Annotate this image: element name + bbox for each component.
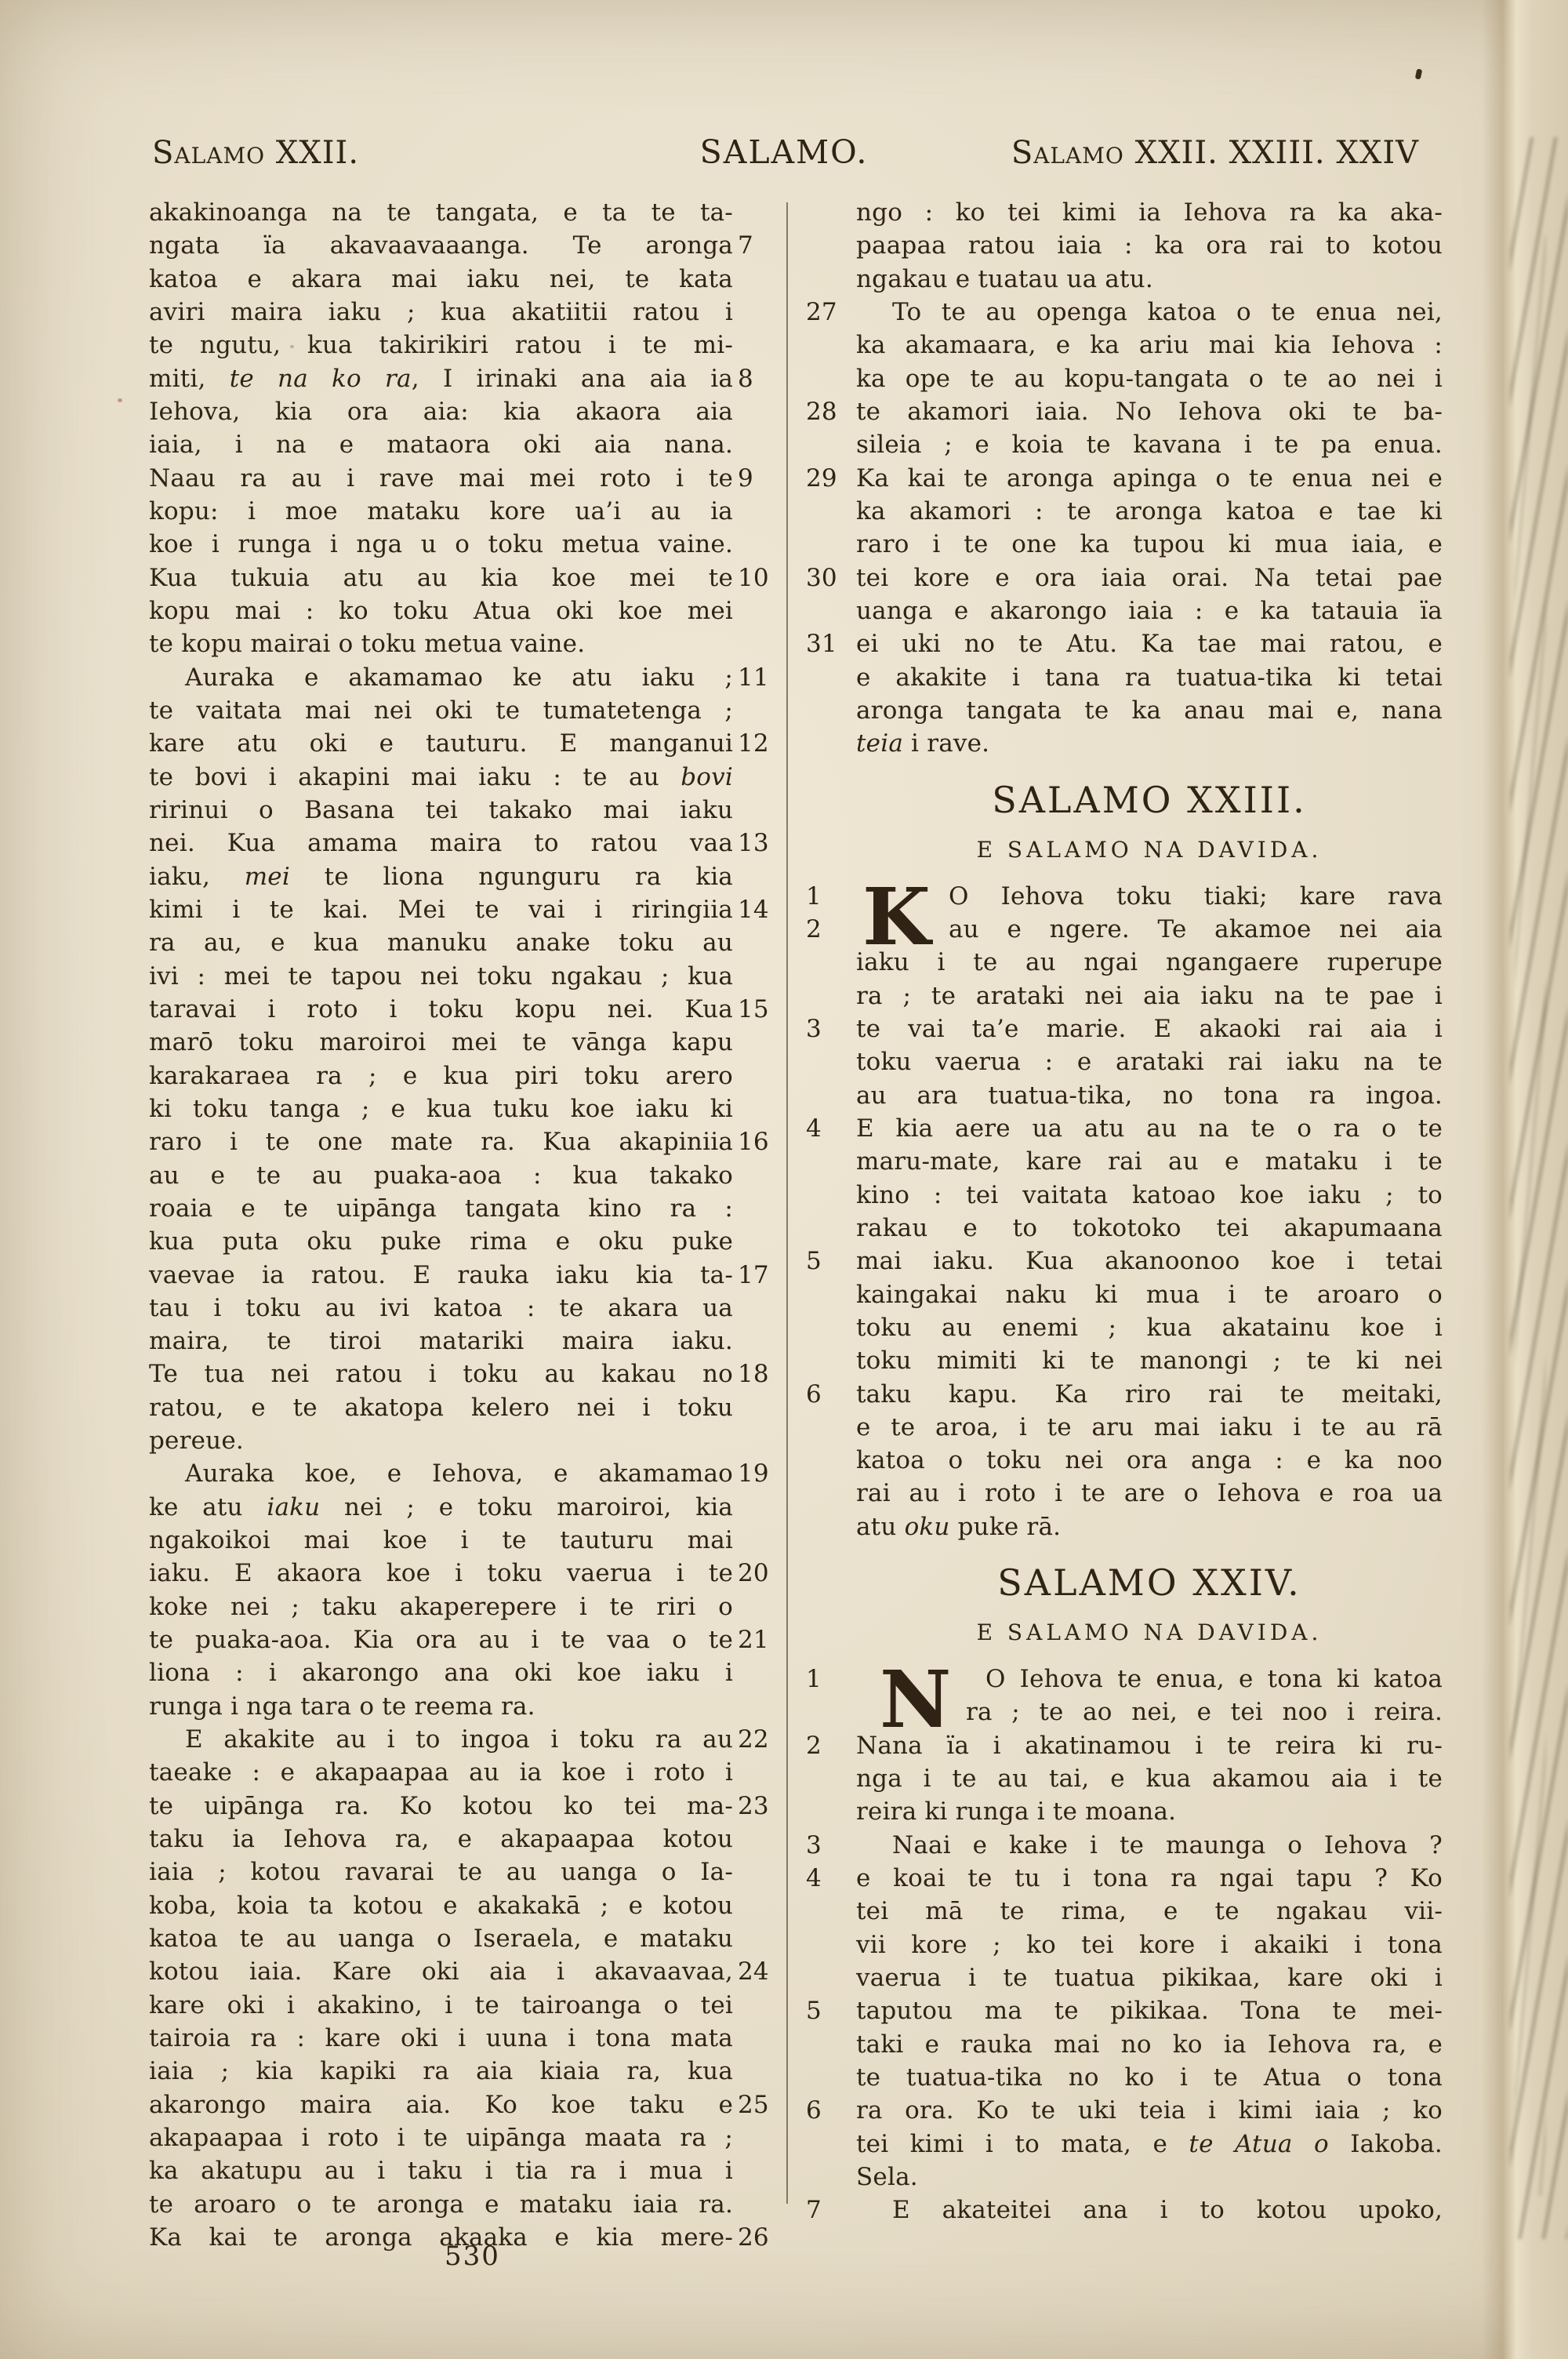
text-line: Kua tukuia atu au kia koe mei te10 [149, 562, 733, 594]
psalm-subtitle: E SALAMO NA DAVIDA. [856, 834, 1443, 869]
text-line: e akakite i tana ra tuatua-tika ki tetai [856, 661, 1443, 694]
verse-number: 2 [806, 913, 850, 946]
text-line: tau i toku au ivi katoa : te akara ua [149, 1292, 733, 1325]
text-line: maira, te tiroi matariki maira iaku. [149, 1325, 733, 1358]
text-line: iaia ; kotou ravarai te au uanga o Ia- [149, 1856, 733, 1888]
verse-number: 19 [738, 1457, 782, 1490]
text-line: Te tua nei ratou i toku au kakau no18 [149, 1358, 733, 1390]
text-line: te bovi i akapini mai iaku : te au bovi [149, 761, 733, 794]
text-line: te ngutu, kua takirikiri ratou i te mi- [149, 329, 733, 362]
text-line: taku kapu. Ka riro rai te meitaki,6 [856, 1378, 1443, 1411]
text-line: mai iaku. Kua akanoonoo koe i tetai5 [856, 1245, 1443, 1278]
paper-speck [118, 398, 122, 402]
column-divider-rule [786, 202, 788, 2204]
text-line: kua puta oku puke rima e oku puke [149, 1225, 733, 1258]
text-line: taki e rauka mai no ko ia Iehova ra, e [856, 2028, 1443, 2061]
verse-number: 3 [806, 1829, 850, 1862]
text-line: Auraka e akamamao ke atu iaku ;11 [149, 661, 733, 694]
text-line: toku mimiti ki te manongi ; te ki nei [856, 1344, 1443, 1377]
text-line: Auraka koe, e Iehova, e akamamao19 [149, 1457, 733, 1490]
text-line: raro i te one ka tupou ki mua iaia, e [856, 528, 1443, 561]
text-line: ratou, e te akatopa kelero nei i toku [149, 1391, 733, 1424]
text-line: ka ope te au kopu-tangata o te ao nei i [856, 362, 1443, 395]
verse-number: 2 [806, 1729, 850, 1762]
text-line: ke atu iaku nei ; e toku maroiroi, kia [149, 1491, 733, 1524]
text-line: Nana ïa i akatinamou i te reira ki ru-2 [856, 1729, 1443, 1762]
verse-number: 15 [738, 993, 782, 1026]
verse-number: 31 [806, 627, 850, 660]
verse-number: 9 [738, 462, 782, 495]
text-line: Naau ra au i rave mai mei roto i te9 [149, 462, 733, 495]
verse-number: 6 [806, 2094, 850, 2127]
text-line: sileia ; e koia te kavana i te pa enua. [856, 428, 1443, 461]
text-line: raro i te one mate ra. Kua akapiniia16 [149, 1125, 733, 1158]
text-line: kare oki i akakino, i te tairoanga o tei [149, 1989, 733, 2022]
text-line: koe i runga i nga u o toku metua vaine. [149, 528, 733, 561]
dropcap-block: KO Iehova toku tiaki; kare rava1au e nge… [856, 880, 1443, 947]
text-line: ngo : ko tei kimi ia Iehova ra ka aka- [856, 196, 1443, 229]
verse-number: 10 [738, 562, 782, 594]
text-line: O Iehova te enua, e tona ki katoa1 [856, 1663, 1443, 1696]
text-line: iaku i te au ngai ngangaere ruperupe [856, 946, 1443, 979]
text-line: ngakau e tuatau ua atu. [856, 263, 1443, 296]
running-header-right: Salamo XXII. XXIII. XXIV [1011, 135, 1419, 171]
text-line: au e te au puaka-aoa : kua takako [149, 1159, 733, 1192]
text-line: akakinoanga na te tangata, e ta te ta- [149, 196, 733, 229]
text-line: te puaka-aoa. Kia ora au i te vaa o te21 [149, 1623, 733, 1656]
text-line: tei mā te rima, e te ngakau vii- [856, 1895, 1443, 1928]
text-line: ka akamori : te aronga katoa e tae ki [856, 495, 1443, 528]
text-line: toku vaerua : e arataki rai iaku na te [856, 1045, 1443, 1078]
text-line: ka akamaara, e ka ariu mai kia Iehova : [856, 329, 1443, 362]
verse-number: 12 [738, 727, 782, 760]
text-line: taku ia Iehova ra, e akapaapaa kotou [149, 1823, 733, 1856]
verse-number: 4 [806, 1862, 850, 1895]
text-line: ra ; te ao nei, e tei noo i reira. [856, 1696, 1443, 1728]
verse-number: 13 [738, 827, 782, 860]
text-line: atu oku puke rā. [856, 1510, 1443, 1543]
text-line: runga i nga tara o te reema ra. [149, 1690, 733, 1723]
text-line: tei kimi i to mata, e te Atua o Iakoba. [856, 2128, 1443, 2161]
text-line: iaku, mei te liona ngunguru ra kia [149, 860, 733, 893]
text-line: vii kore ; ko tei kore i akaiki i tona [856, 1928, 1443, 1961]
verse-number: 30 [806, 562, 850, 594]
text-line: te vai ta’e marie. E akaoki rai aia i3 [856, 1012, 1443, 1045]
text-line: aronga tangata te ka anau mai e, nana [856, 694, 1443, 727]
text-line: te vaitata mai nei oki te tumatetenga ; [149, 694, 733, 727]
running-header: Salamo XXII. SALAMO. Salamo XXII. XXIII.… [149, 135, 1419, 182]
text-line: ra ora. Ko te uki teia i kimi iaia ; ko6 [856, 2094, 1443, 2127]
text-line: paapaa ratou iaia : ka ora rai to kotou [856, 229, 1443, 262]
next-page-text-edge-2 [1515, 235, 1546, 2196]
verse-number: 23 [738, 1790, 782, 1823]
verse-number: 4 [806, 1112, 850, 1145]
text-line: nga i te au tai, e kua akamou aia i te [856, 1762, 1443, 1795]
verse-number: 1 [806, 880, 850, 913]
psalm-heading: SALAMO XXIII. [856, 778, 1443, 822]
verse-number: 11 [738, 661, 782, 694]
text-line: rakau e to tokotoko tei akapumaana [856, 1212, 1443, 1245]
text-line: kino : tei vaitata katoao koe iaku ; to [856, 1179, 1443, 1212]
text-line: akarongo maira aia. Ko koe taku e25 [149, 2088, 733, 2121]
verse-number: 29 [806, 462, 850, 495]
text-line: miti, te na ko ra, I irinaki ana aia ia8 [149, 362, 733, 395]
text-line: Sela. [856, 2161, 1443, 2194]
paper-speck [290, 345, 294, 348]
verse-number: 1 [806, 1663, 850, 1696]
verse-number: 25 [738, 2088, 782, 2121]
text-line: te uipānga ra. Ko kotou ko tei ma-23 [149, 1790, 733, 1823]
text-line: maru-mate, kare rai au e mataku i te [856, 1145, 1443, 1178]
text-line: kopu mai : ko toku Atua oki koe mei [149, 594, 733, 627]
text-line: roaia e te uipānga tangata kino ra : [149, 1192, 733, 1225]
text-line: uanga e akarongo iaia : e ka tatauia ïa [856, 594, 1443, 627]
text-line: iaia, i na e mataora oki aia nana. [149, 428, 733, 461]
verse-number: 16 [738, 1125, 782, 1158]
verse-number: 8 [738, 362, 782, 395]
book-page: Salamo XXII. SALAMO. Salamo XXII. XXIII.… [0, 0, 1568, 2359]
verse-number: 5 [806, 1994, 850, 2027]
text-line: te aroaro o te aronga e mataku iaia ra. [149, 2188, 733, 2221]
text-line: taputou ma te pikikaa. Tona te mei-5 [856, 1994, 1443, 2027]
text-line: Naai e kake i te maunga o Iehova ?3 [856, 1829, 1443, 1862]
text-line: koba, koia ta kotou e akakakā ; e kotou [149, 1889, 733, 1922]
verse-number: 18 [738, 1358, 782, 1390]
text-line: te kopu mairai o toku metua vaine. [149, 627, 733, 660]
text-line: katoa e akara mai iaku nei, te kata [149, 263, 733, 296]
verse-number: 14 [738, 893, 782, 926]
text-line: ka akatupu au i taku i tia ra i mua i [149, 2154, 733, 2187]
text-line: reira ki runga i te moana. [856, 1795, 1443, 1828]
text-line: katoa o toku nei ora anga : e ka noo [856, 1444, 1443, 1477]
text-line: Iehova, kia ora aia: kia akaora aia [149, 395, 733, 428]
text-line: e koai te tu i tona ra ngai tapu ? Ko4 [856, 1862, 1443, 1895]
text-line: pereue. [149, 1424, 733, 1457]
psalm-heading: SALAMO XXIV. [856, 1561, 1443, 1605]
text-line: kotou iaia. Kare oki aia i akavaavaa,24 [149, 1955, 733, 1988]
ink-mark [1415, 68, 1423, 79]
running-header-center: SALAMO. [700, 133, 869, 171]
text-line: kimi i te kai. Mei te vai i riringiia14 [149, 893, 733, 926]
text-line: tairoia ra : kare oki i uuna i tona mata [149, 2022, 733, 2055]
page-number: 530 [180, 2238, 764, 2274]
text-line: te tuatua-tika no ko i te Atua o tona [856, 2061, 1443, 2094]
psalm-subtitle: E SALAMO NA DAVIDA. [856, 1617, 1443, 1652]
verse-number: 3 [806, 1012, 850, 1045]
text-line: koke nei ; taku akaperepere i te riri o [149, 1590, 733, 1623]
verse-number: 17 [738, 1259, 782, 1292]
text-line: To te au openga katoa o te enua nei,27 [856, 296, 1443, 329]
text-line: te akamori iaia. No Iehova oki te ba-28 [856, 395, 1443, 428]
text-line: iaia ; kia kapiki ra aia kiaia ra, kua [149, 2055, 733, 2088]
text-line: ririnui o Basana tei takako mai iaku [149, 794, 733, 827]
text-line: ra au, e kua manuku anake toku au [149, 926, 733, 959]
text-line: au e ngere. Te akamoe nei aia2 [856, 913, 1443, 946]
verse-number: 22 [738, 1723, 782, 1756]
verse-number: 21 [738, 1623, 782, 1656]
text-line: ngata ïa akavaavaaanga. Te aronga7 [149, 229, 733, 262]
text-line: karakaraea ra ; e kua piri toku arero [149, 1060, 733, 1092]
text-line: kaingakai naku ki mua i te aroaro o [856, 1278, 1443, 1311]
verse-number: 7 [806, 2194, 850, 2226]
text-line: nei. Kua amama maira to ratou vaa13 [149, 827, 733, 860]
verse-number: 20 [738, 1557, 782, 1590]
text-line: ivi : mei te tapou nei toku ngakau ; kua [149, 960, 733, 993]
text-line: kopu: i moe mataku kore ua’i au ia [149, 495, 733, 528]
verse-number: 7 [738, 229, 782, 262]
text-line: tei kore e ora iaia orai. Na tetai pae30 [856, 562, 1443, 594]
text-line: marō toku maroiroi mei te vānga kapu [149, 1026, 733, 1059]
text-line: vaerua i te tuatua pikikaa, kare oki i [856, 1961, 1443, 1994]
text-line: katoa te au uanga o Iseraela, e mataku [149, 1922, 733, 1955]
text-line: vaevae ia ratou. E rauka iaku kia ta-17 [149, 1259, 733, 1292]
text-line: rai au i roto i te are o Iehova e roa ua [856, 1477, 1443, 1510]
text-line: E akateitei ana i to kotou upoko,7 [856, 2194, 1443, 2226]
text-line: teia i rave. [856, 727, 1443, 760]
text-line: iaku. E akaora koe i toku vaerua i te20 [149, 1557, 733, 1590]
verse-number: 24 [738, 1955, 782, 1988]
text-line: taeake : e akapaapaa au ia koe i roto i [149, 1756, 733, 1789]
text-line: E akakite au i to ingoa i toku ra au22 [149, 1723, 733, 1756]
text-line: ki toku tanga ; e kua tuku koe iaku ki [149, 1092, 733, 1125]
text-line: Ka kai te aronga apinga o te enua nei e2… [856, 462, 1443, 495]
running-header-left: Salamo XXII. [152, 135, 359, 171]
text-line: ei uki no te Atu. Ka tae mai ratou, e31 [856, 627, 1443, 660]
verse-number: 5 [806, 1245, 850, 1278]
text-line: toku au enemi ; kua akatainu koe i [856, 1311, 1443, 1344]
verse-number: 27 [806, 296, 850, 329]
verse-number: 6 [806, 1378, 850, 1411]
left-text-column: akakinoanga na te tangata, e ta te ta-ng… [149, 196, 733, 2254]
text-line: O Iehova toku tiaki; kare rava1 [856, 880, 1443, 913]
right-text-column: ngo : ko tei kimi ia Iehova ra ka aka-pa… [856, 196, 1443, 2227]
verse-number: 28 [806, 395, 850, 428]
text-line: taravai i roto i toku kopu nei. Kua15 [149, 993, 733, 1026]
text-line: ra ; te arataki nei aia iaku na te pae i [856, 980, 1443, 1012]
book-fore-edge [1482, 0, 1568, 2359]
text-line: aviri maira iaku ; kua akatiitii ratou i [149, 296, 733, 329]
text-line: kare atu oki e tauturu. E manganui12 [149, 727, 733, 760]
dropcap-block: NO Iehova te enua, e tona ki katoa1ra ; … [856, 1663, 1443, 1729]
text-line: ngakoikoi mai koe i te tauturu mai [149, 1524, 733, 1557]
text-line: E kia aere ua atu au na te o ra o te4 [856, 1112, 1443, 1145]
text-line: akapaapaa i roto i te uipānga maata ra ; [149, 2121, 733, 2154]
text-line: au ara tuatua-tika, no tona ra ingoa. [856, 1079, 1443, 1112]
text-line: liona : i akarongo ana oki koe iaku i [149, 1656, 733, 1689]
text-line: e te aroa, i te aru mai iaku i te au rā [856, 1411, 1443, 1444]
